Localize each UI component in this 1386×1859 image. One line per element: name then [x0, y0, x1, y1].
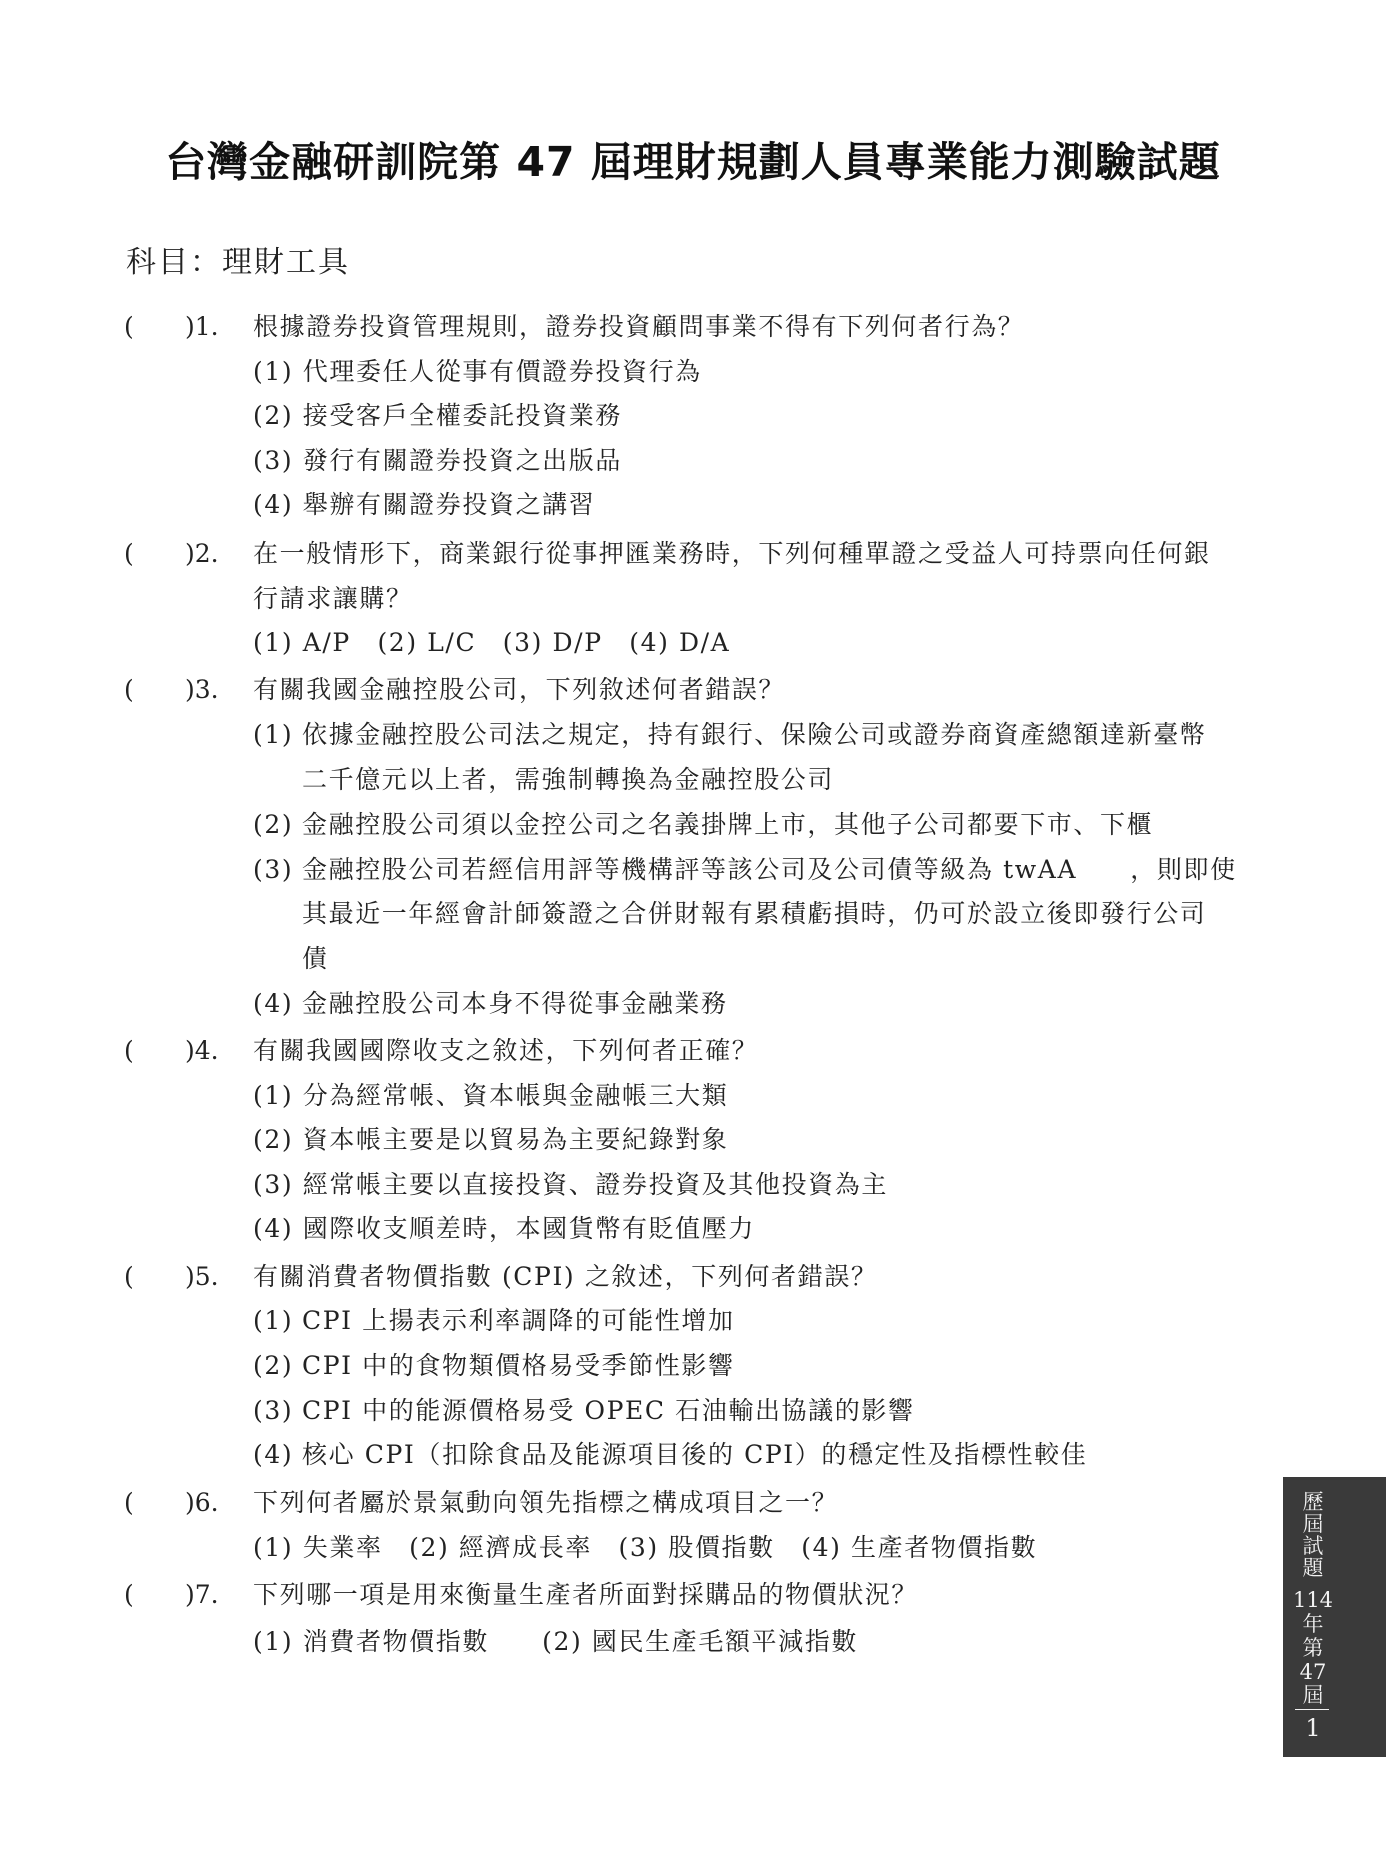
answer-blank[interactable] — [138, 1033, 182, 1069]
option-1-text: CPI 上揚表示利率調降的可能性增加 — [302, 1303, 735, 1339]
question-stem: 下列哪一項是用來衡量生產者所面對採購品的物價狀況？ — [253, 1577, 918, 1613]
option-2-text: CPI 中的食物類價格易受季節性影響 — [302, 1348, 735, 1384]
option-1: (1) 代理委任人從事有價證券投資行為 — [253, 354, 702, 390]
tab-label-char: 題 — [1283, 1557, 1343, 1579]
option-text: 代理委任人從事有價證券投資行為 — [303, 357, 702, 386]
question-stem: 有關消費者物價指數 (CPI) 之敘述，下列何者錯誤？ — [253, 1259, 877, 1295]
tab-label-char: 試 — [1283, 1535, 1343, 1557]
option-4: (4) 國際收支順差時，本國貨幣有貶值壓力 — [253, 1211, 755, 1247]
question-stem: 有關我國金融控股公司，下列敘述何者錯誤？ — [253, 672, 785, 708]
answer-blank[interactable] — [138, 536, 182, 572]
answer-paren-open: ( — [124, 1577, 134, 1613]
answer-paren-open: ( — [124, 1485, 134, 1521]
answer-paren-open: ( — [124, 1033, 134, 1069]
option-1: (1) 分為經常帳、資本帳與金融帳三大類 — [253, 1078, 728, 1114]
option-number: (3) — [253, 1393, 293, 1429]
option-3: (3) 發行有關證券投資之出版品 — [253, 443, 622, 479]
tab-label-char: 屆 — [1283, 1513, 1343, 1535]
option-number: (4) — [253, 490, 293, 519]
inline-options: (1) A/P (2) L/C (3) D/P (4) D/A — [253, 625, 730, 661]
answer-paren-close: ) — [185, 539, 195, 568]
question-stem-continued: 行請求讓購？ — [253, 581, 413, 617]
answer-paren-close: ) — [185, 1580, 195, 1609]
option-4: (4) 舉辦有關證券投資之講習 — [253, 487, 595, 523]
answer-blank[interactable] — [138, 672, 182, 708]
option-text: 分為經常帳、資本帳與金融帳三大類 — [303, 1081, 729, 1110]
tab-year-char: 第 — [1283, 1637, 1343, 1659]
tab-year-char: 屆 — [1283, 1684, 1343, 1706]
option-number: (2) — [253, 1348, 293, 1384]
option-text: 舉辦有關證券投資之講習 — [303, 490, 596, 519]
exam-page: 台灣金融研訓院第 47 屆理財規劃人員專業能力測驗試題 科目：理財工具 ( )1… — [0, 0, 1386, 1859]
tab-session-number: 47 — [1283, 1661, 1343, 1683]
option-3-text-continued: 債 — [302, 941, 329, 977]
answer-paren-close: ) — [185, 1036, 195, 1065]
option-number: (4) — [253, 1214, 293, 1243]
answer-blank[interactable] — [138, 1485, 182, 1521]
question-stem: 根據證券投資管理規則，證券投資顧問事業不得有下列何者行為？ — [253, 309, 1024, 345]
option-3-text-continued: 其最近一年經會計師簽證之合併財報有累積虧損時，仍可於設立後即發行公司 — [302, 896, 1206, 932]
answer-paren-close: ) — [185, 312, 195, 341]
inline-options: (1) 消費者物價指數 (2) 國民生產毛額平減指數 — [253, 1624, 858, 1660]
option-3: (3) 經常帳主要以直接投資、證券投資及其他投資為主 — [253, 1167, 888, 1203]
side-tab-past-exams: 歷 屆 試 題 114 年 第 47 屆 1 — [1283, 1477, 1386, 1757]
subject-line: 科目：理財工具 — [126, 243, 350, 283]
tab-divider — [1295, 1709, 1329, 1710]
tab-year: 114 — [1283, 1589, 1343, 1611]
option-text: 發行有關證券投資之出版品 — [303, 446, 622, 475]
option-number: (4) — [253, 1437, 293, 1473]
option-number: (1) — [253, 357, 293, 386]
answer-paren-open: ( — [124, 536, 134, 572]
question-number: 7. — [195, 1580, 219, 1609]
option-number: (3) — [253, 446, 293, 475]
option-3-text: CPI 中的能源價格易受 OPEC 石油輸出協議的影響 — [302, 1393, 915, 1429]
option-text: 經常帳主要以直接投資、證券投資及其他投資為主 — [303, 1170, 888, 1199]
option-number: (2) — [253, 1125, 293, 1154]
option-1-text: 依據金融控股公司法之規定，持有銀行、保險公司或證券商資產總額達新臺幣 — [302, 717, 1206, 753]
answer-paren-open: ( — [124, 672, 134, 708]
option-number: (4) — [253, 986, 293, 1022]
option-number: (1) — [253, 717, 293, 753]
option-number: (3) — [253, 852, 293, 888]
answer-paren-close: ) — [185, 675, 195, 704]
option-2: (2) 接受客戶全權委託投資業務 — [253, 398, 622, 434]
answer-paren-close: ) — [185, 1488, 195, 1517]
option-number: (3) — [253, 1170, 293, 1199]
question-stem: 下列何者屬於景氣動向領先指標之構成項目之一？ — [253, 1485, 838, 1521]
option-4-text: 核心 CPI（扣除食品及能源項目後的 CPI）的穩定性及指標性較佳 — [302, 1437, 1087, 1473]
question-number: 5. — [195, 1262, 219, 1291]
option-text: 國際收支順差時，本國貨幣有貶值壓力 — [303, 1214, 755, 1243]
tab-label-char: 歷 — [1283, 1491, 1343, 1513]
question-number: 1. — [195, 312, 219, 341]
tab-year-char: 年 — [1283, 1613, 1343, 1635]
option-2-text: 金融控股公司須以金控公司之名義掛牌上市，其他子公司都要下市、下櫃 — [302, 807, 1153, 843]
option-2: (2) 資本帳主要是以貿易為主要紀錄對象 — [253, 1122, 728, 1158]
answer-blank[interactable] — [138, 1259, 182, 1295]
question-number: 2. — [195, 539, 219, 568]
answer-blank[interactable] — [138, 1577, 182, 1613]
option-text: 資本帳主要是以貿易為主要紀錄對象 — [303, 1125, 729, 1154]
option-number: (1) — [253, 1303, 293, 1339]
option-number: (2) — [253, 807, 293, 843]
answer-paren-open: ( — [124, 309, 134, 345]
page-number: 1 — [1283, 1717, 1343, 1739]
option-number: (2) — [253, 401, 293, 430]
option-4-text: 金融控股公司本身不得從事金融業務 — [302, 986, 728, 1022]
answer-paren-open: ( — [124, 1259, 134, 1295]
page-title: 台灣金融研訓院第 47 屆理財規劃人員專業能力測驗試題 — [0, 136, 1386, 188]
question-stem: 在一般情形下，商業銀行從事押匯業務時，下列何種單證之受益人可持票向任何銀 — [253, 536, 1211, 572]
answer-paren-close: ) — [185, 1262, 195, 1291]
question-number: 4. — [195, 1036, 219, 1065]
option-number: (1) — [253, 1081, 293, 1110]
question-number: 3. — [195, 675, 219, 704]
question-number: 6. — [195, 1488, 219, 1517]
option-1-text-continued: 二千億元以上者，需強制轉換為金融控股公司 — [302, 762, 834, 798]
inline-options: (1) 失業率 (2) 經濟成長率 (3) 股價指數 (4) 生產者物價指數 — [253, 1530, 1037, 1566]
option-text: 接受客戶全權委託投資業務 — [303, 401, 622, 430]
option-3-text: 金融控股公司若經信用評等機構評等該公司及公司債等級為 twAA ，則即使 — [302, 852, 1237, 888]
answer-blank[interactable] — [138, 309, 182, 345]
question-stem: 有關我國國際收支之敘述，下列何者正確？ — [253, 1033, 758, 1069]
